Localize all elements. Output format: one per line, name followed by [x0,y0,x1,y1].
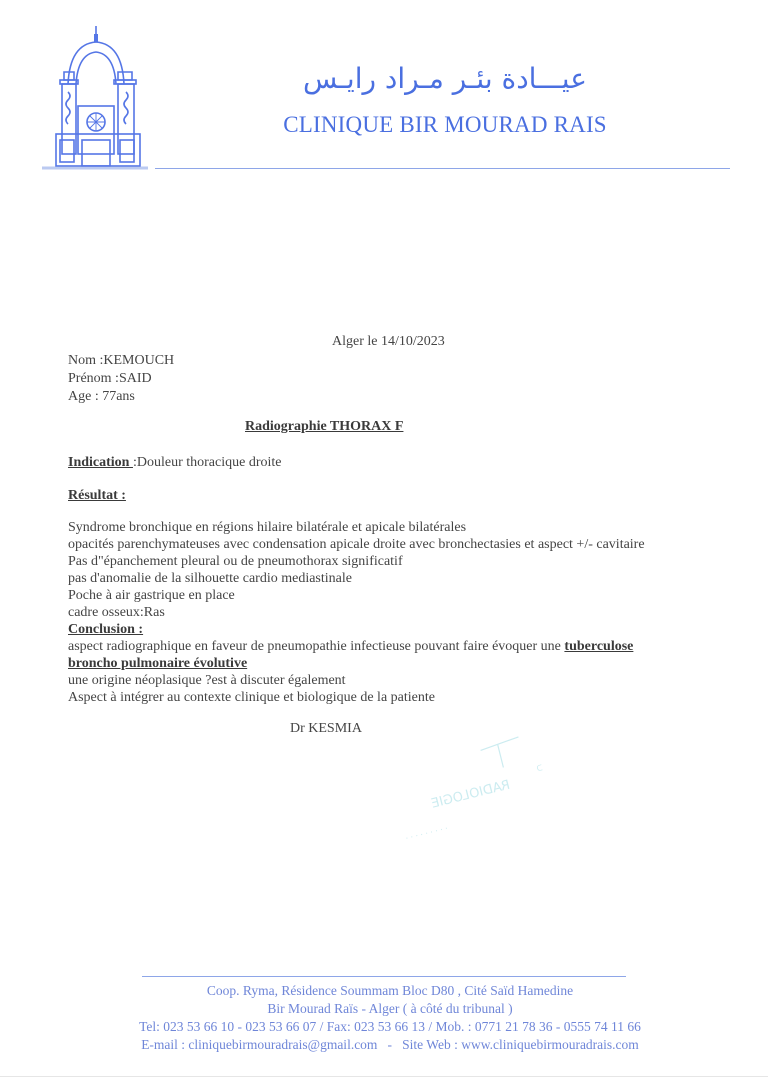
header-divider [155,168,730,169]
patient-last-name: Nom :KEMOUCH [68,352,174,370]
finding-line: opacités parenchymateuses avec condensat… [68,536,645,553]
conclusion-text: aspect radiographique en faveur de pneum… [68,639,564,654]
conclusion-emphasis: tuberculose [564,639,633,654]
doctor-signature: Dr KESMIA [290,721,362,737]
patient-first-name: Prénom :SAID [68,370,152,388]
clinic-logo [40,22,150,177]
svg-text:· · · · · · · · ·: · · · · · · · · · [405,824,449,843]
finding-line: pas d'anomalie de la silhouette cardio m… [68,570,645,587]
svg-text:ᑕ: ᑕ [536,763,544,773]
conclusion-line: une origine néoplasique ?est à discuter … [68,672,645,689]
resultat-heading: Résultat : [68,488,126,503]
faded-stamp-icon: RADIOLOGIE ᑕ · · · · · · · · · [380,735,570,845]
document-date: Alger le 14/10/2023 [332,334,445,350]
indication-value: :Douleur thoracique droite [133,455,282,470]
footer-contact: E-mail : cliniquebirmouradrais@gmail.com… [60,1036,720,1054]
resultat-label: Résultat : [68,487,126,504]
resultat-findings: Syndrome bronchique en régions hilaire b… [68,519,645,706]
footer-address-line1: Coop. Ryma, Résidence Soummam Bloc D80 ,… [60,982,720,1000]
footer-phones: Tel: 023 53 66 10 - 023 53 66 07 / Fax: … [60,1018,720,1036]
clinic-name-arabic: عيـــادة بئـر مـراد رايـس [275,62,615,95]
conclusion-line: broncho pulmonaire évolutive [68,655,645,672]
exam-title: Radiographie THORAX F [245,419,403,435]
conclusion-emphasis: broncho pulmonaire évolutive [68,656,247,671]
finding-line: Poche à air gastrique en place [68,587,645,604]
finding-line: Syndrome bronchique en régions hilaire b… [68,519,645,536]
conclusion-heading: Conclusion : [68,622,143,637]
clinic-arch-logo-icon [40,22,150,177]
finding-line: Pas d"épanchement pleural ou de pneumoth… [68,553,645,570]
conclusion-line: Aspect à intégrer au contexte clinique e… [68,689,645,706]
clinic-name: CLINIQUE BIR MOURAD RAIS [275,112,615,138]
finding-line: cadre osseux:Ras [68,604,645,621]
footer-address-line2: Bir Mourad Raïs - Alger ( à côté du trib… [60,1000,720,1018]
indication-label: Indication [68,455,133,470]
conclusion-heading-line: Conclusion : [68,621,645,638]
svg-text:RADIOLOGIE: RADIOLOGIE [430,778,512,812]
indication-line: Indication :Douleur thoracique droite [68,454,281,471]
page-bottom-edge [0,1076,768,1077]
stamp: RADIOLOGIE ᑕ · · · · · · · · · [380,735,570,845]
patient-age: Age : 77ans [68,388,135,406]
footer-divider [142,976,626,977]
conclusion-line: aspect radiographique en faveur de pneum… [68,638,645,655]
